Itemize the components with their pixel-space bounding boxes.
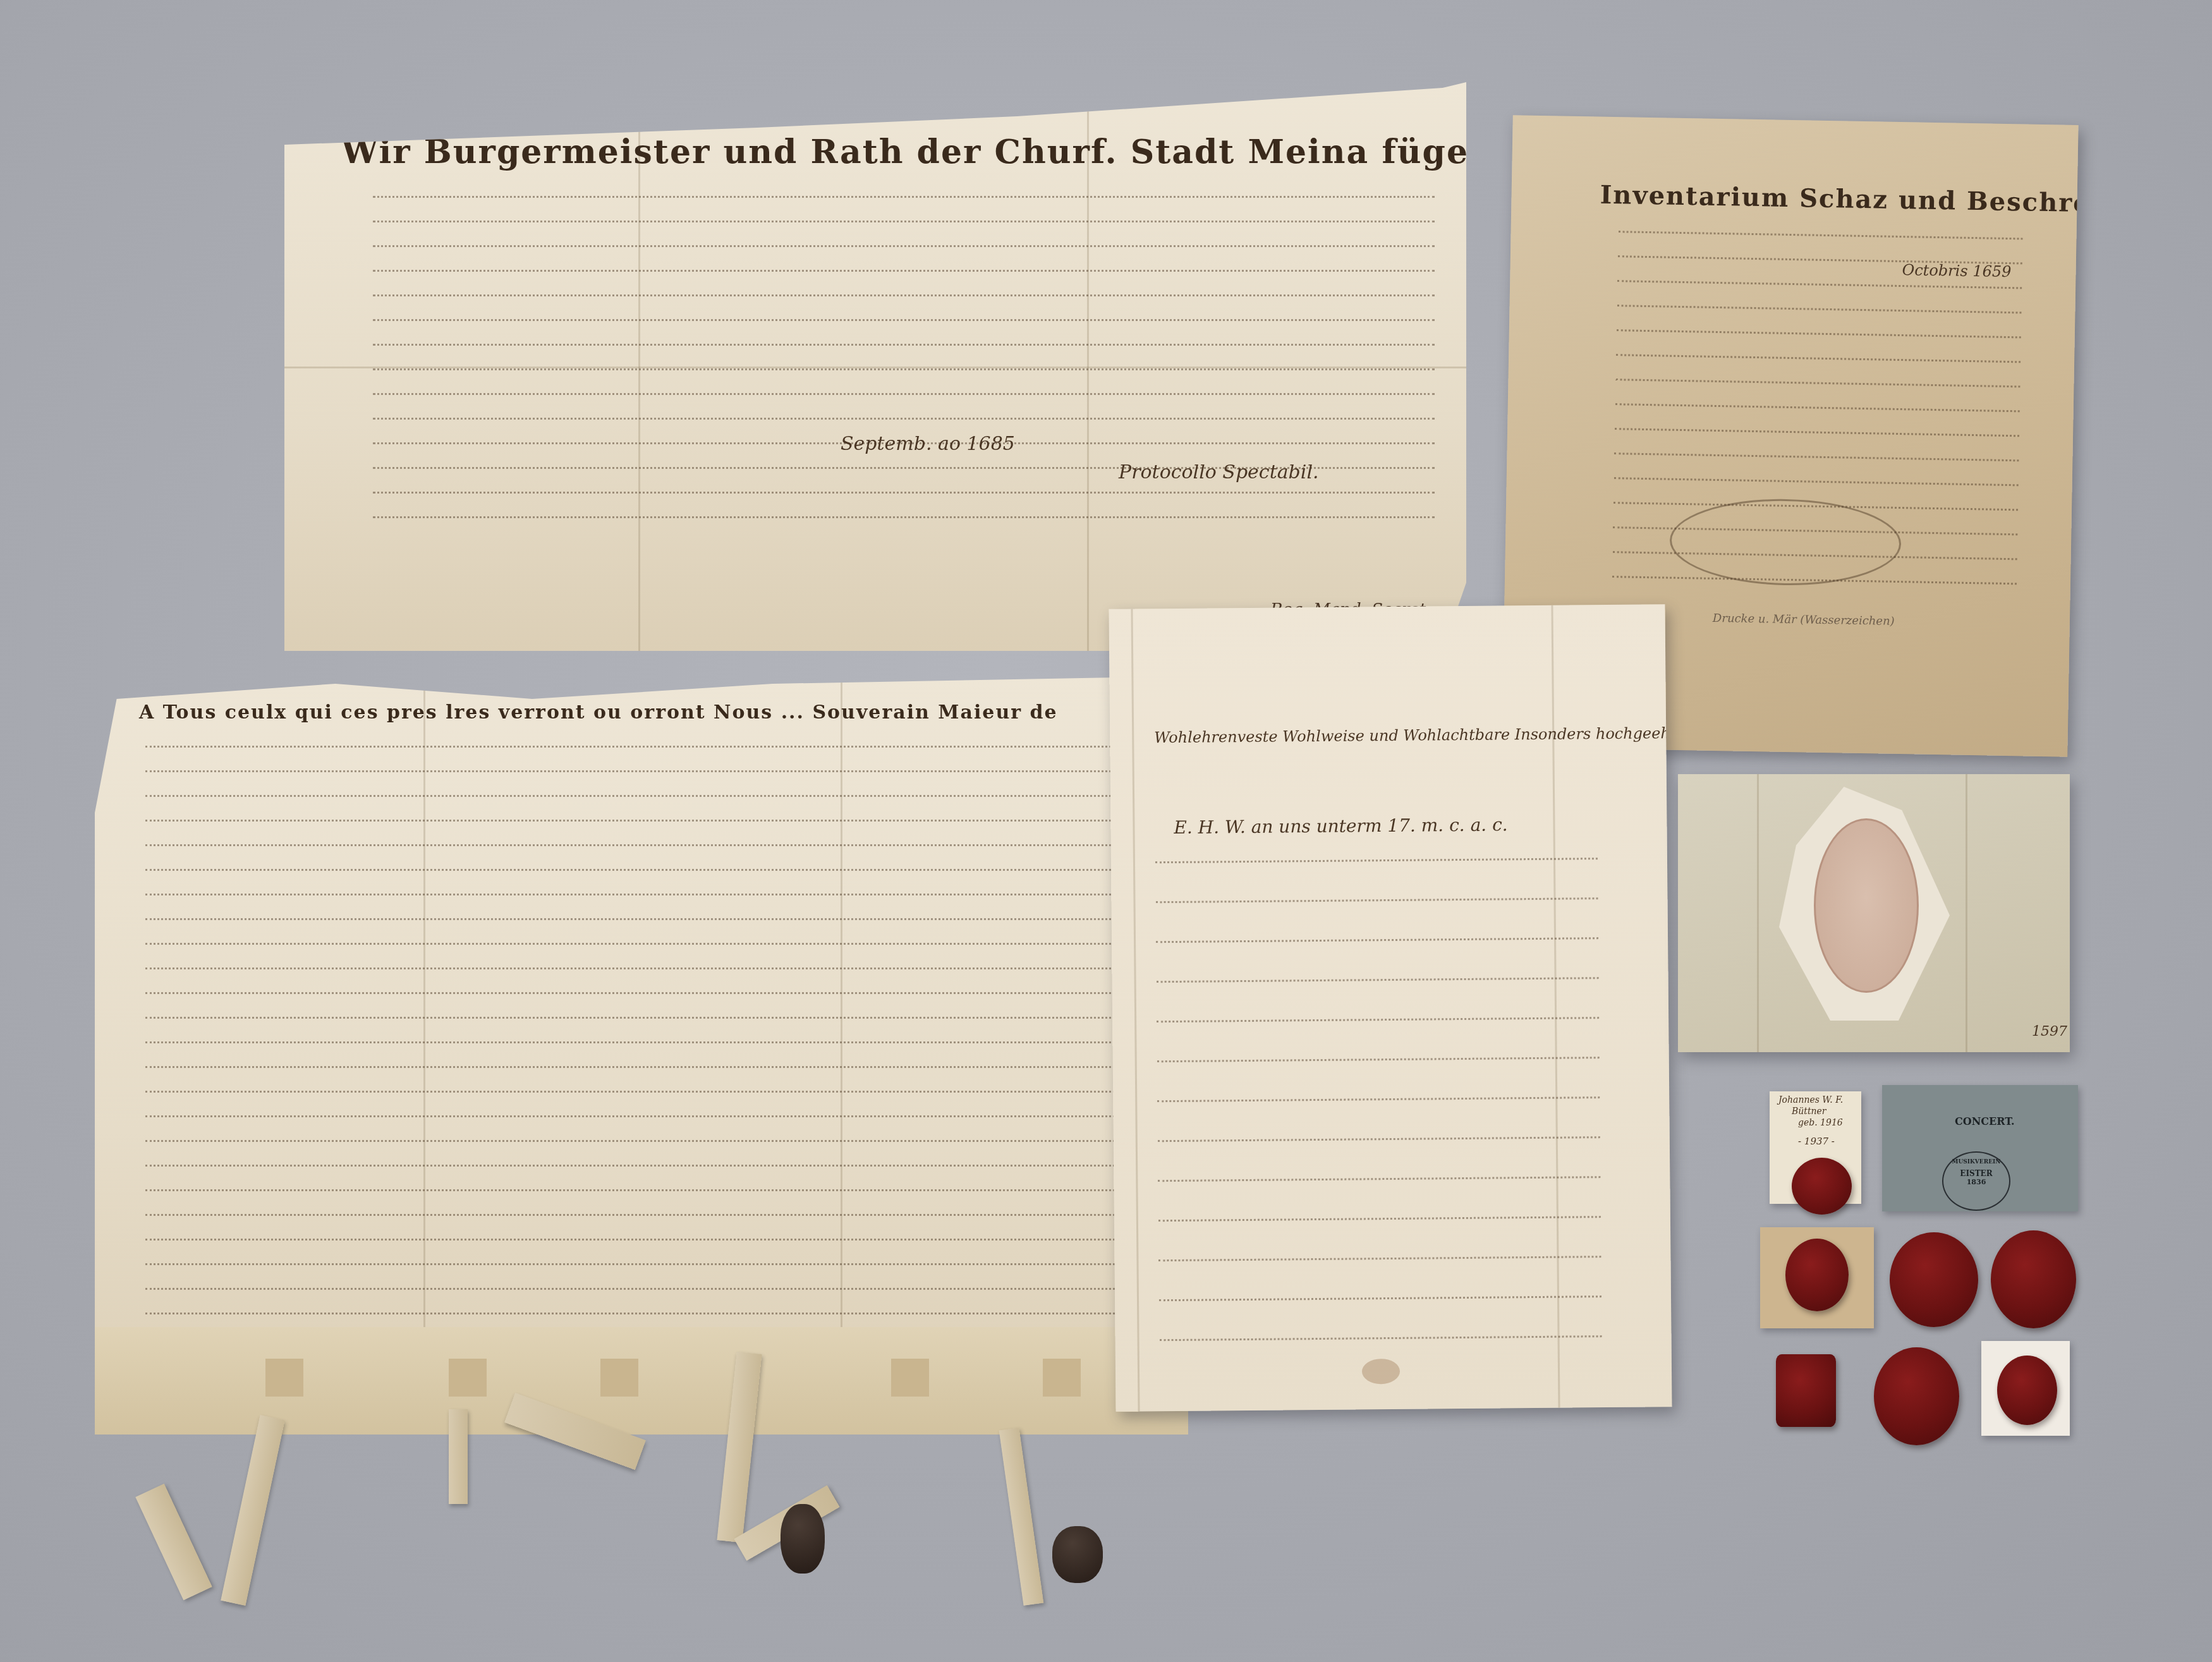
wax-seal	[1997, 1356, 2057, 1425]
letter: Wohlehrenveste Wohlweise und Wohlachtbar…	[1109, 604, 1672, 1412]
wax-seal	[1874, 1347, 1959, 1445]
inventory-date: Octobris 1659	[1902, 261, 2011, 281]
concert-label: CONCERT.	[1955, 1115, 2015, 1127]
charter-notation: Protocollo Spectabil.	[1119, 461, 1319, 483]
seal-doc-year: 1597	[2032, 1024, 2067, 1040]
seal-document: 1597	[1678, 774, 2070, 1052]
card-birth: geb. 1916	[1798, 1118, 1843, 1128]
top-charter: Wir Burgermeister und Rath der Churf. St…	[284, 82, 1466, 651]
pencil-note: Drucke u. Mär (Wasserzeichen)	[1713, 612, 1895, 628]
vesica-seal	[1814, 818, 1919, 993]
buettner-card: Johannes W. F. Büttner geb. 1916 - 1937 …	[1770, 1091, 1861, 1204]
wax-seal	[1991, 1230, 2076, 1328]
french-heading: A Tous ceulx qui ces pres lres verront o…	[139, 701, 1058, 724]
card-name-line1: Johannes W. F.	[1778, 1095, 1843, 1105]
stain	[1362, 1359, 1400, 1385]
french-charter: A Tous ceulx qui ces pres lres verront o…	[95, 676, 1188, 1435]
stamp-middle-text: EISTER	[1943, 1169, 2009, 1178]
charter-heading: Wir Burgermeister und Rath der Churf. St…	[341, 133, 1466, 171]
concert-card: CONCERT. MUSIKVEREIN EISTER 1836	[1882, 1085, 2078, 1211]
inventory-heading: Inventarium Schaz und Beschrei:	[1600, 180, 2078, 219]
pendant-seal	[1052, 1526, 1103, 1583]
card-name-line2: Büttner	[1792, 1107, 1826, 1117]
pendant-seal	[781, 1504, 825, 1574]
stamp-bottom-text: 1836	[1943, 1178, 2009, 1186]
ribbon-tag	[449, 1409, 468, 1504]
wax-seal	[1776, 1354, 1836, 1427]
letter-opening: E. H. W. an uns unterm 17. m. c. a. c.	[1174, 814, 1507, 838]
charter-date: Septemb. ao 1685	[841, 433, 1015, 455]
wax-seal	[1792, 1158, 1852, 1215]
stamp-top-text: MUSIKVEREIN	[1943, 1159, 2009, 1165]
musikverein-stamp: MUSIKVEREIN EISTER 1836	[1942, 1151, 2010, 1211]
letter-salutation: Wohlehrenveste Wohlweise und Wohlachtbar…	[1154, 724, 1672, 746]
wax-seal	[1785, 1239, 1849, 1311]
card-year: - 1937 -	[1798, 1136, 1835, 1147]
wax-seal	[1890, 1232, 1978, 1327]
